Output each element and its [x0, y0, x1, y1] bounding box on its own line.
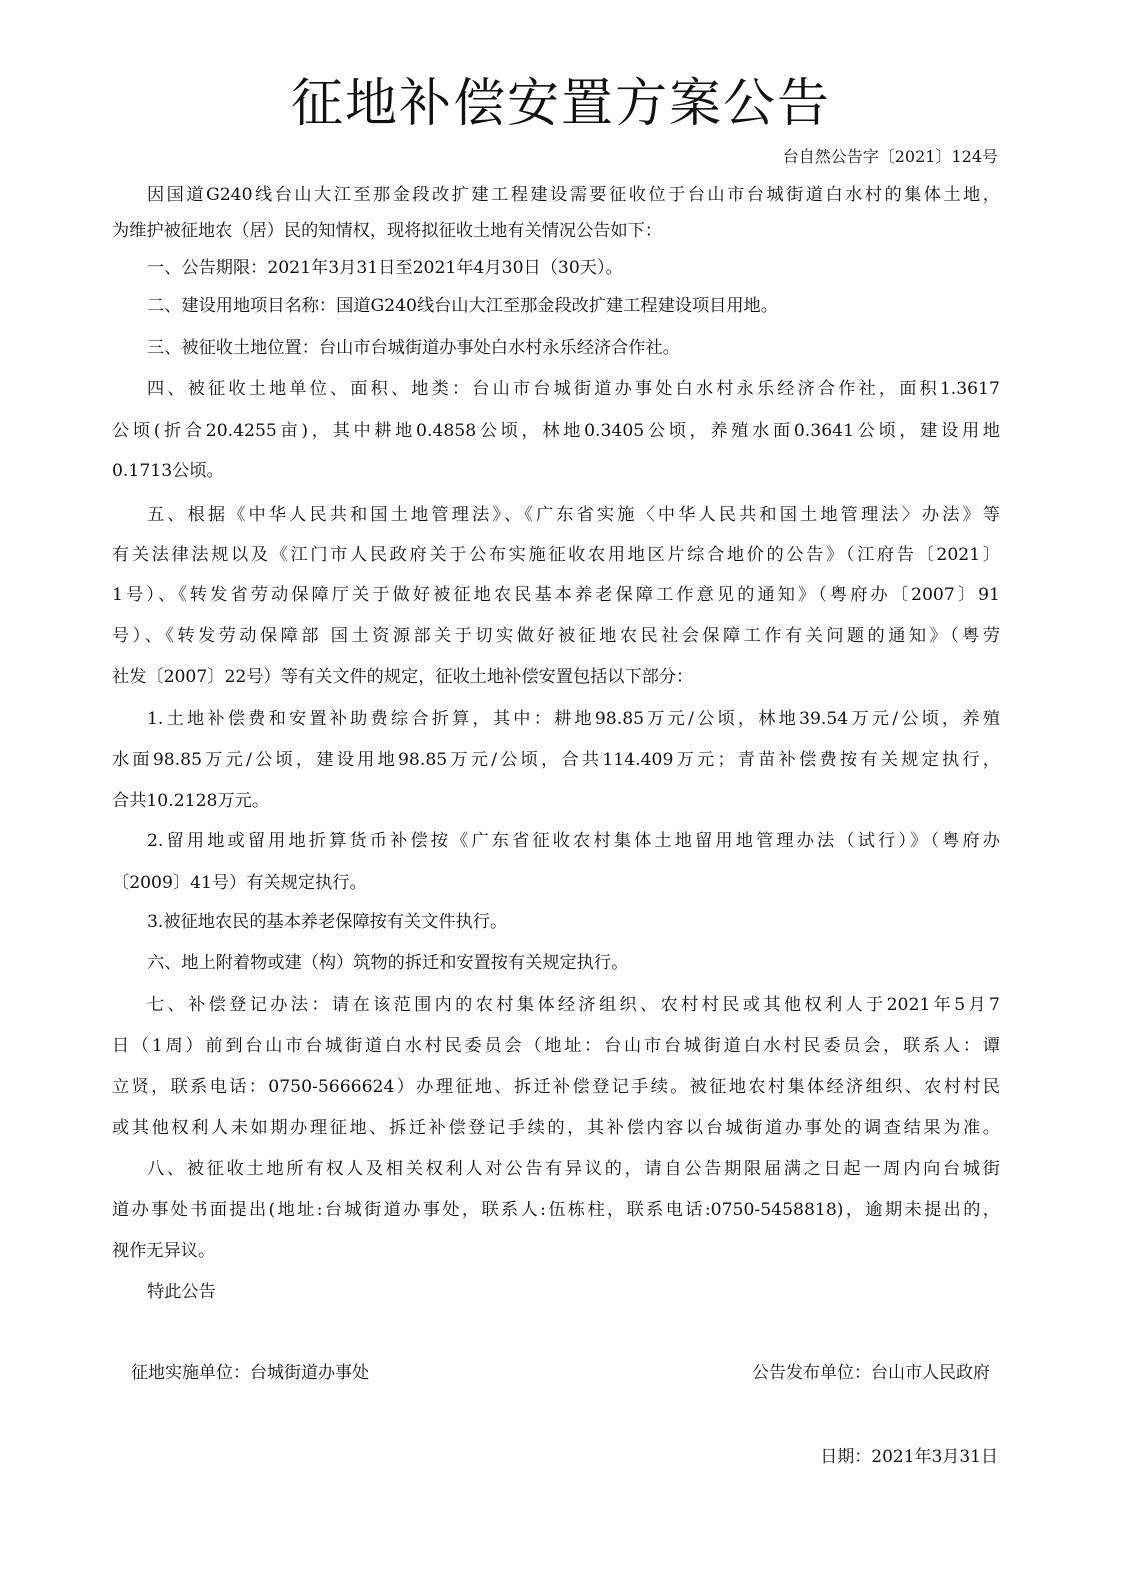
text-line: 八、被征收土地所有权人及相关权利人对公告有异议的，请自公告期限届满之日起一周内向…: [147, 1157, 1000, 1181]
text-line: 三、被征收土地位置：台山市台城街道办事处白水村永乐经济合作社。: [147, 336, 1000, 360]
text-line: 3.被征地农民的基本养老保障按有关文件执行。: [147, 910, 1000, 934]
text-line: 1号）、《转发省劳动保障厅关于做好被征地农民基本养老保障工作意见的通知》（粤府办…: [112, 583, 1000, 607]
text-line: 〔2009〕41号）有关规定执行。: [112, 871, 1000, 895]
text-line: 合共10.2128万元。: [112, 789, 1000, 813]
implementing-unit: 征地实施单位：台城街道办事处: [131, 1361, 369, 1385]
text-line: 道办事处书面提出(地址:台城街道办事处，联系人:伍栋柱，联系电话:0750-54…: [112, 1198, 1000, 1222]
text-line: 五、根据《中华人民共和国土地管理法》、《广东省实施〈中华人民共和国土地管理法〉办…: [147, 503, 1000, 527]
text-line: 为维护被征地农（居）民的知情权，现将拟征收土地有关情况公告如下：: [112, 219, 1000, 243]
text-line: 二、建设用地项目名称：国道G240线台山大江至那金段改扩建工程建设项目用地。: [147, 294, 1000, 318]
text-line: 2.留用地或留用地折算货币补偿按《广东省征收农村集体土地留用地管理办法（试行）》…: [147, 829, 1000, 853]
text-line: 一、公告期限：2021年3月31日至2021年4月30日（30天）。: [147, 256, 1000, 280]
text-line: 六、地上附着物或建（构）筑物的拆迁和安置按有关规定执行。: [147, 951, 1000, 975]
document-number: 台自然公告字〔2021〕124号: [783, 146, 998, 168]
document-date: 日期：2021年3月31日: [820, 1445, 998, 1469]
text-line: 0.1713公顷。: [112, 459, 1000, 483]
text-line: 社发〔2007〕22号）等有关文件的规定，征收土地补偿安置包括以下部分：: [112, 665, 1000, 689]
text-line: 公顷(折合20.4255亩)，其中耕地0.4858公顷，林地0.3405公顷，养…: [112, 419, 1000, 443]
text-line: 视作无异议。: [112, 1239, 1000, 1263]
text-line: 水面98.85万元/公顷，建设用地98.85万元/公顷，合共114.409万元；…: [112, 748, 1000, 772]
issuing-unit: 公告发布单位：台山市人民政府: [752, 1361, 990, 1385]
document-page: 征地补偿安置方案公告 台自然公告字〔2021〕124号 因国道G240线台山大江…: [0, 0, 1122, 1587]
text-line: 1.土地补偿费和安置补助费综合折算，其中：耕地98.85万元/公顷，林地39.5…: [147, 707, 1000, 731]
document-title: 征地补偿安置方案公告: [0, 74, 1122, 134]
closing-statement: 特此公告: [147, 1280, 1000, 1304]
text-line: 日（1周）前到台山市台城街道白水村民委员会（地址：台山市台城街道白水村民委员会，…: [112, 1034, 1000, 1058]
text-line: 因国道G240线台山大江至那金段改扩建工程建设需要征收位于台山市台城街道白水村的…: [147, 183, 1000, 207]
text-line: 有关法律法规以及《江门市人民政府关于公布实施征收农用地区片综合地价的公告》（江府…: [112, 543, 1000, 567]
text-line: 七、补偿登记办法：请在该范围内的农村集体经济组织、农村村民或其他权利人于2021…: [147, 993, 1000, 1017]
text-line: 号）、《转发劳动保障部 国土资源部关于切实做好被征地农民社会保障工作有关问题的通…: [112, 624, 1000, 648]
text-line: 或其他权利人未如期办理征地、拆迁补偿登记手续的，其补偿内容以台城街道办事处的调查…: [112, 1116, 1000, 1140]
text-line: 立贤，联系电话：0750-5666624）办理征地、拆迁补偿登记手续。被征地农村…: [112, 1075, 1000, 1099]
text-line: 四、被征收土地单位、面积、地类：台山市台城街道办事处白水村永乐经济合作社，面积1…: [147, 377, 1000, 401]
